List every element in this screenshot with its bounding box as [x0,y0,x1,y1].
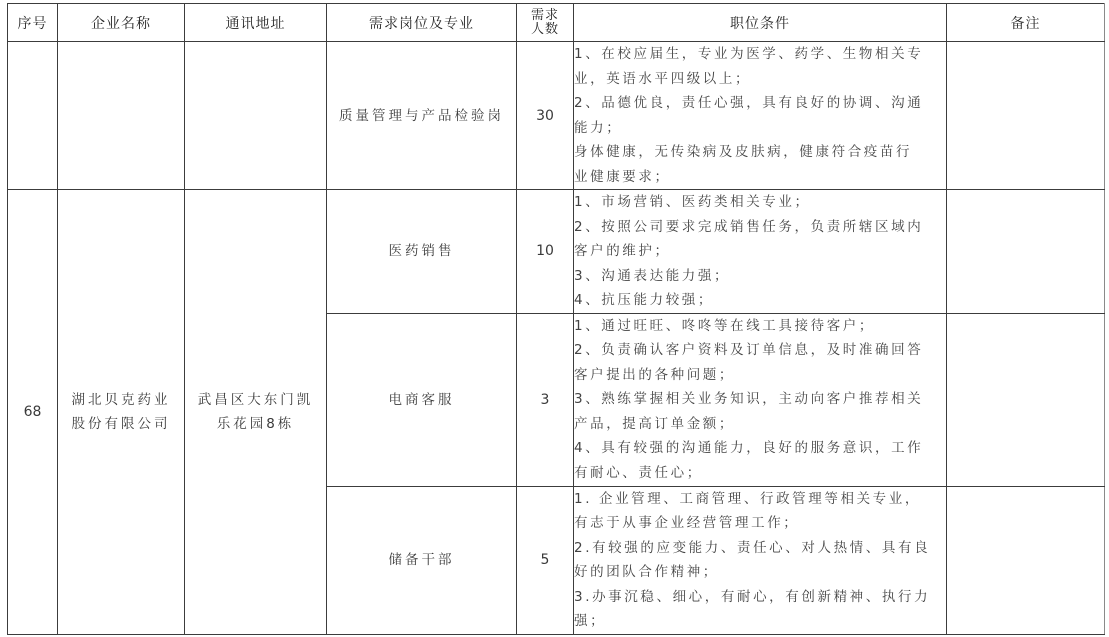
cell-address [185,42,327,190]
cell-count: 3 [517,313,574,486]
condition-line: 身体健康，无传染病及皮肤病，健康符合疫苗行 [574,140,946,165]
condition-line: 1. 企业管理、工商管理、行政管理等相关专业， [574,487,946,512]
header-count: 需求 人数 [517,4,574,42]
condition-line: 1、在校应届生，专业为医学、药学、生物相关专 [574,42,946,67]
header-company: 企业名称 [58,4,185,42]
cell-position: 储备干部 [327,486,517,634]
cell-conditions: 1、市场营销、医药类相关专业； 2、按照公司要求完成销售任务，负责所辖区域内 客… [574,190,947,314]
condition-line: 2、负责确认客户资料及订单信息，及时准确回答 [574,338,946,363]
cell-seq [8,42,58,190]
cell-position: 医药销售 [327,190,517,314]
cell-conditions: 1. 企业管理、工商管理、行政管理等相关专业， 有志于从事企业经营管理工作； 2… [574,486,947,634]
cell-notes [947,190,1105,314]
cell-company: 湖北贝克药业 股份有限公司 [58,190,185,635]
cell-address: 武昌区大东门凯 乐花园8栋 [185,190,327,635]
table-row: 质量管理与产品检验岗 30 1、在校应届生，专业为医学、药学、生物相关专 业，英… [8,42,1105,190]
condition-line: 1、市场营销、医药类相关专业； [574,190,946,215]
condition-line: 3、熟练掌握相关业务知识，主动向客户推荐相关 [574,387,946,412]
header-count-line2: 人数 [517,23,573,37]
cell-notes [947,313,1105,486]
address-line2: 乐花园8栋 [185,412,326,436]
header-position: 需求岗位及专业 [327,4,517,42]
condition-line: 好的团队合作精神； [574,560,946,585]
condition-line: 强； [574,609,946,634]
header-address: 通讯地址 [185,4,327,42]
cell-count: 5 [517,486,574,634]
condition-line: 客户的维护； [574,239,946,264]
recruitment-table: 序号 企业名称 通讯地址 需求岗位及专业 需求 人数 职位条件 备注 质量管理与… [7,3,1105,635]
address-line1: 武昌区大东门凯 [185,388,326,412]
cell-position: 电商客服 [327,313,517,486]
condition-line: 有耐心、责任心； [574,461,946,486]
condition-line: 2、品德优良，责任心强，具有良好的协调、沟通 [574,91,946,116]
cell-count: 30 [517,42,574,190]
company-name-line2: 股份有限公司 [58,412,184,436]
header-row: 序号 企业名称 通讯地址 需求岗位及专业 需求 人数 职位条件 备注 [8,4,1105,42]
cell-position: 质量管理与产品检验岗 [327,42,517,190]
header-notes: 备注 [947,4,1105,42]
table-row: 68 湖北贝克药业 股份有限公司 武昌区大东门凯 乐花园8栋 医药销售 10 1… [8,190,1105,314]
condition-line: 4、具有较强的沟通能力，良好的服务意识，工作 [574,436,946,461]
header-conditions: 职位条件 [574,4,947,42]
cell-notes [947,486,1105,634]
cell-company [58,42,185,190]
condition-line: 2.有较强的应变能力、责任心、对人热情、具有良 [574,536,946,561]
condition-line: 有志于从事企业经营管理工作； [574,511,946,536]
condition-line: 4、抗压能力较强； [574,288,946,313]
condition-line: 客户提出的各种问题； [574,363,946,388]
header-count-line1: 需求 [517,9,573,23]
condition-line: 业，英语水平四级以上； [574,67,946,92]
cell-conditions: 1、通过旺旺、咚咚等在线工具接待客户； 2、负责确认客户资料及订单信息，及时准确… [574,313,947,486]
condition-line: 能力； [574,116,946,141]
condition-line: 1、通过旺旺、咚咚等在线工具接待客户； [574,314,946,339]
cell-conditions: 1、在校应届生，专业为医学、药学、生物相关专 业，英语水平四级以上； 2、品德优… [574,42,947,190]
company-name-line1: 湖北贝克药业 [58,388,184,412]
condition-line: 产品，提高订单金额； [574,412,946,437]
cell-count: 10 [517,190,574,314]
header-seq: 序号 [8,4,58,42]
condition-line: 2、按照公司要求完成销售任务，负责所辖区域内 [574,215,946,240]
cell-notes [947,42,1105,190]
condition-line: 业健康要求； [574,165,946,190]
cell-seq: 68 [8,190,58,635]
condition-line: 3.办事沉稳、细心，有耐心，有创新精神、执行力 [574,585,946,610]
condition-line: 3、沟通表达能力强； [574,264,946,289]
